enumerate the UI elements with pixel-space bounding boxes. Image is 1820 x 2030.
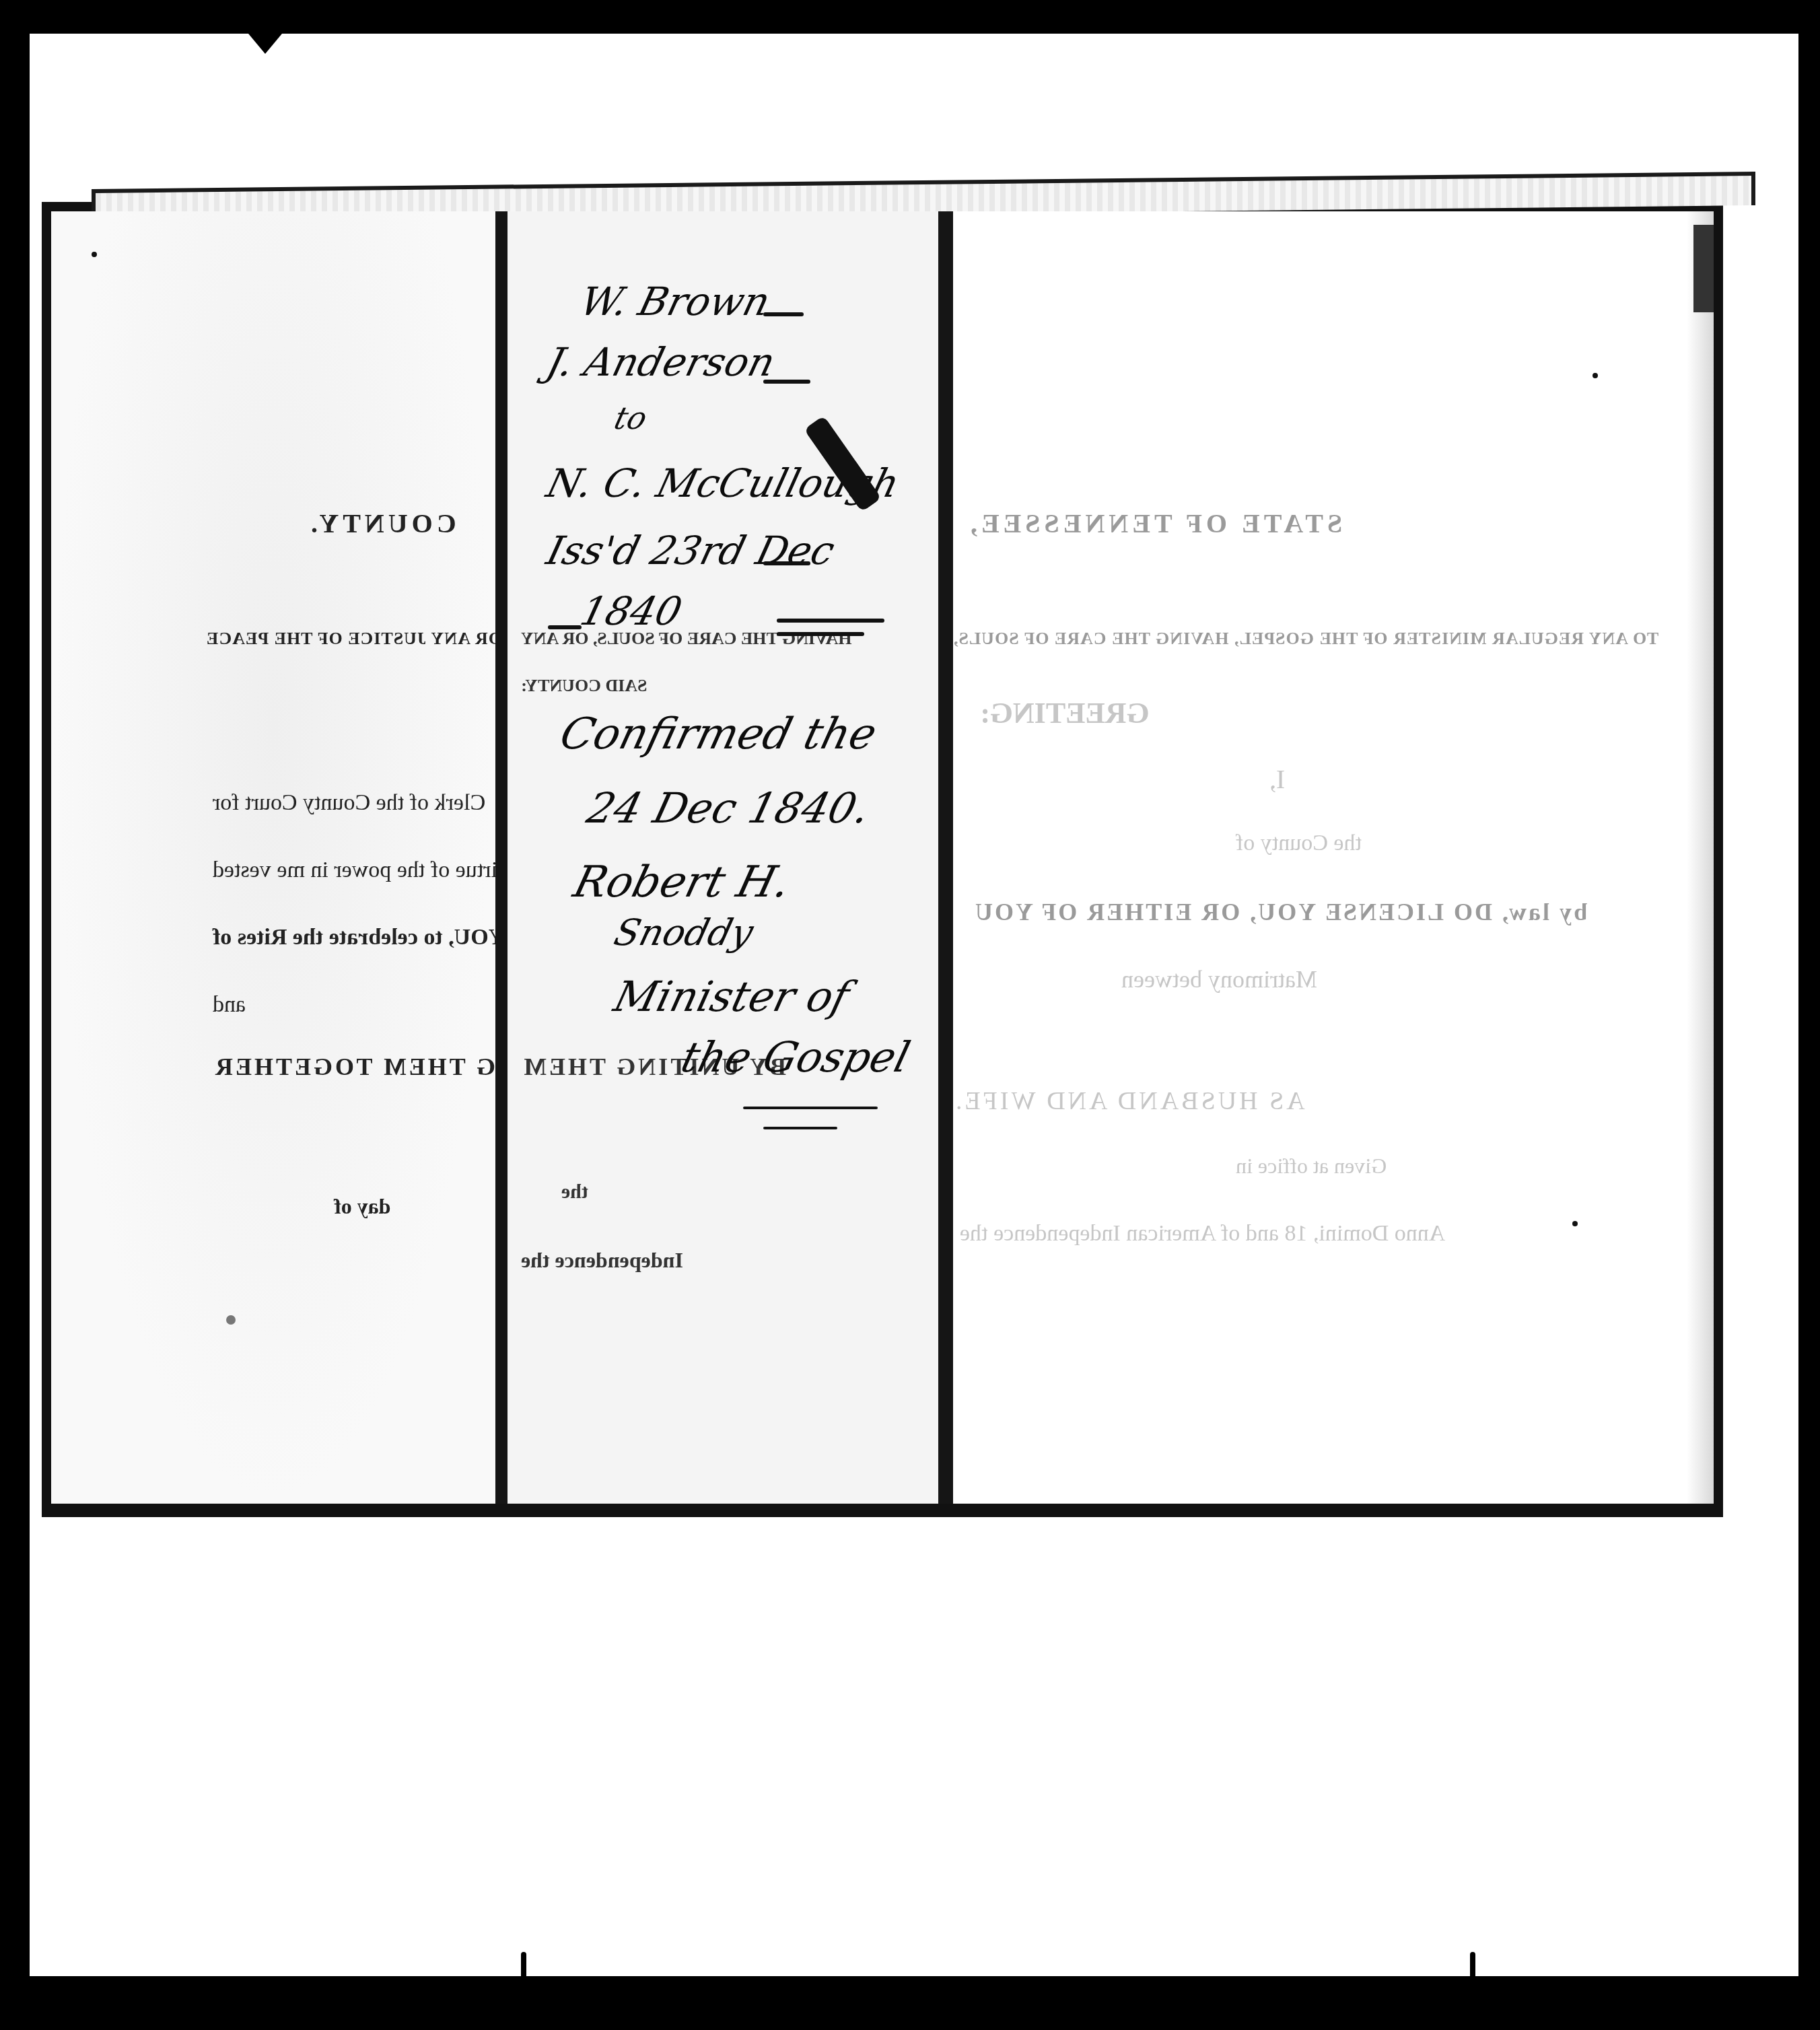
handwritten-minister-name: Robert H. [569,858,796,907]
handwritten-underline [743,1107,878,1109]
bleed-through-independence: Independence the [521,1248,683,1273]
handwritten-dash [777,632,864,636]
handwritten-confirmed: Confirmed the [555,709,882,759]
county-heading: COUNTY. [307,508,456,539]
body-line-4: and [213,992,246,1018]
left-panel: COUNTY. OR ANY JUSTICE OF THE PEACE Cler… [51,211,495,1504]
handwritten-underline [763,1127,837,1129]
body-line-1: Clerk of the County Court for [213,790,485,816]
scan-tick [521,1952,526,1979]
handwritten-dash [777,619,884,623]
initial-pronoun: I, [1269,763,1285,795]
ink-speck [1593,373,1598,378]
panel-edge-shade [1687,211,1714,1504]
state-heading: STATE OF TENNESSEE, [967,508,1342,539]
handwritten-dash [763,312,804,316]
handwritten-confirmed-date: 24 Dec 1840. [582,783,875,833]
handwritten-minister-title: Minister of [609,972,854,1021]
ink-speck [226,1315,236,1325]
center-fold-panel: HAVING THE CARE OF SOULS, OR ANY SAID CO… [495,211,953,1504]
handwritten-to: to [610,400,651,436]
body-line-2: aforesaid by virtue of the power in me v… [213,858,495,883]
day-of-label: day of [334,1194,390,1219]
right-panel: STATE OF TENNESSEE, TO ANY REGULAR MINIS… [953,211,1714,1504]
ink-speck [92,252,97,257]
county-of-line: the County of [1236,831,1362,856]
handwritten-issued-year: 1840 [576,588,687,634]
scan-tick [1470,1952,1475,1979]
body-line-3: DO LICENSE YOU, OR EITHER OF YOU, to cel… [213,925,495,950]
anno-domini-line: Anno Domini, 18 and of American Independ… [960,1221,1445,1247]
handwritten-dash [548,625,582,629]
peace-line: OR ANY JUSTICE OF THE PEACE [206,629,495,649]
license-line: by law, DO LICENSE YOU, OR EITHER OF YOU [973,898,1587,926]
marriage-license-document: COUNTY. OR ANY JUSTICE OF THE PEACE Cler… [42,202,1723,1517]
handwritten-gospel: the Gospel [676,1032,915,1082]
handwritten-issued-date: Iss'd 23rd Dec [542,528,839,573]
panel-edge-strip [1693,225,1714,312]
bleed-through-the: the [561,1181,588,1203]
greeting-line: GREETING: [980,696,1150,730]
bleed-through-line-2: SAID COUNTY: [521,676,647,696]
handwritten-minister-surname: Snoddy [610,911,758,954]
handwritten-groom-surname: J. Anderson [542,339,780,385]
scan-bottom-edge [30,1976,1798,1992]
handwritten-dash [763,561,810,565]
addressee-line: TO ANY REGULAR MINISTER OF THE GOSPEL, H… [953,629,1658,649]
handwritten-groom-name: W. Brown [576,279,775,324]
husband-wife-line: AS HUSBAND AND WIFE. [953,1086,1305,1116]
handwritten-dash [763,380,810,384]
ink-speck [1572,1221,1578,1226]
body-line-5: BY UNITING THEM TOGETHER [213,1053,495,1081]
matrimony-line: Matrimony between [1121,965,1317,993]
scan-notch [245,30,285,54]
given-at-office-line: Given at office in [1236,1154,1387,1179]
